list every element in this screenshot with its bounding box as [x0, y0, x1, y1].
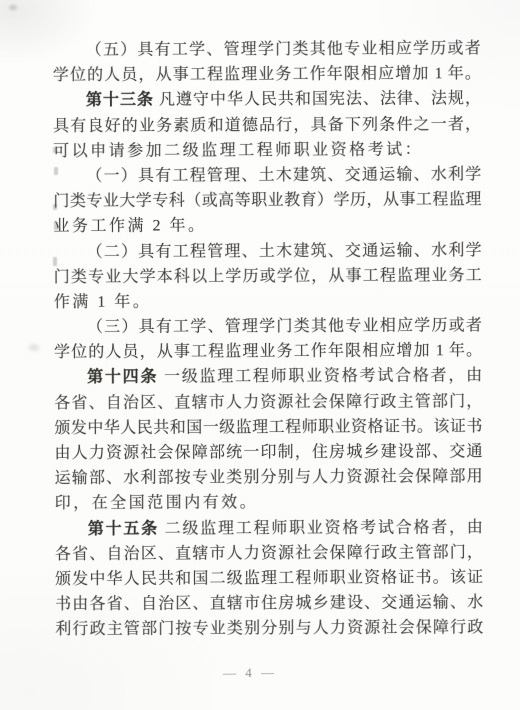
line-text: 由人力资源社会保障部统一印制，住房城乡建设部、交通	[54, 443, 482, 462]
scan-artifact	[7, 3, 19, 12]
line-lead: 第十四条	[87, 369, 158, 386]
line-text: 各省、自治区、直辖市人力资源社会保障行政主管部门，	[55, 544, 483, 563]
line-text: 运输部、水利部按专业类别分别与人力资源社会保障部用	[55, 468, 483, 487]
line-text: 颁发中华人民共和国二级监理工程师职业资格证书。该证	[55, 569, 483, 588]
line-text: 印，在全国范围内有效。	[55, 494, 259, 512]
text-line: 业务工作满 2 年。	[53, 212, 481, 239]
text-line: 具有良好的业务素质和道德品行，具备下列条件之一者，	[53, 112, 481, 139]
line-text: 书由各省、自治区、直辖市住房城乡建设、交通运输、水	[55, 594, 483, 613]
text-line: （二）具有工程管理、土木建筑、交通运输、水利学	[54, 238, 482, 265]
text-line: 门类专业大学本科以上学历或学位，从事工程监理业务工	[54, 263, 482, 290]
text-line: 颁发中华人民共和国一级监理工程师职业资格证书。该证书	[54, 414, 482, 441]
text-line: 运输部、水利部按专业类别分别与人力资源社会保障部用	[55, 464, 483, 491]
scanned-document-page: （五）具有工学、管理学门类其他专业相应学历或者学位的人员，从事工程监理业务工作年…	[0, 0, 520, 710]
text-line: 学位的人员，从事工程监理业务工作年限相应增加 1 年。	[54, 338, 482, 365]
line-text: 学位的人员，从事工程监理业务工作年限相应增加 1 年。	[53, 65, 481, 84]
line-text: （三）具有工学、管理学门类其他专业相应学历或者	[87, 317, 482, 336]
text-line: （三）具有工学、管理学门类其他专业相应学历或者	[54, 313, 482, 340]
text-line: 第十三条 凡遵守中华人民共和国宪法、法律、法规，	[53, 86, 481, 113]
line-text: 二级监理工程师职业资格考试合格者，由	[159, 519, 483, 537]
line-text: 具有良好的业务素质和道德品行，具备下列条件之一者，	[53, 116, 481, 135]
text-line: 由人力资源社会保障部统一印制，住房城乡建设部、交通	[54, 439, 482, 466]
line-lead: 第十五条	[88, 520, 159, 537]
page-number: — 4 —	[0, 662, 510, 683]
line-text: 一级监理工程师职业资格考试合格者，由	[158, 368, 482, 386]
text-line: 学位的人员，从事工程监理业务工作年限相应增加 1 年。	[53, 61, 481, 88]
text-line: （一）具有工程管理、土木建筑、交通运输、水利学	[53, 162, 481, 189]
text-line: 各省、自治区、直辖市人力资源社会保障行政主管部门，	[54, 389, 482, 416]
scan-artifact	[26, 342, 42, 353]
text-line: 各省、自治区、直辖市人力资源社会保障行政主管部门，	[55, 540, 483, 567]
text-line: 书由各省、自治区、直辖市住房城乡建设、交通运输、水	[55, 590, 483, 617]
text-line: 印，在全国范围内有效。	[55, 489, 483, 516]
text-line: 利行政主管部门按专业类别分别与人力资源社会保障行政	[55, 615, 483, 642]
text-line: 第十四条 一级监理工程师职业资格考试合格者，由	[54, 364, 482, 391]
text-block: （五）具有工学、管理学门类其他专业相应学历或者学位的人员，从事工程监理业务工作年…	[53, 36, 484, 642]
line-text: 学位的人员，从事工程监理业务工作年限相应增加 1 年。	[54, 342, 482, 361]
line-text: （一）具有工程管理、土木建筑、交通运输、水利学	[86, 166, 481, 185]
line-text: 门类专业大学专科（或高等职业教育）学历，从事工程监理	[53, 191, 481, 210]
line-text: 可以申请参加二级监理工程师职业资格考试：	[53, 141, 423, 160]
text-line: 门类专业大学专科（或高等职业教育）学历，从事工程监理	[53, 187, 481, 214]
line-text: （五）具有工学、管理学门类其他专业相应学历或者	[86, 40, 481, 59]
line-text: 各省、自治区、直辖市人力资源社会保障行政主管部门，	[54, 393, 482, 412]
line-text: 门类专业大学本科以上学历或学位，从事工程监理业务工	[54, 267, 482, 286]
line-text: （二）具有工程管理、土木建筑、交通运输、水利学	[87, 242, 482, 261]
line-text: 颁发中华人民共和国一级监理工程师职业资格证书。该证书	[54, 418, 482, 437]
line-text: 业务工作满 2 年。	[53, 218, 206, 236]
text-line: 颁发中华人民共和国二级监理工程师职业资格证书。该证	[55, 565, 483, 592]
line-text: 利行政主管部门按专业类别分别与人力资源社会保障行政	[55, 619, 483, 638]
line-text: 凡遵守中华人民共和国宪法、法律、法规，	[154, 90, 481, 108]
line-lead: 第十三条	[86, 92, 154, 109]
text-line: 第十五条 二级监理工程师职业资格考试合格者，由	[55, 515, 483, 542]
text-line: 可以申请参加二级监理工程师职业资格考试：	[53, 137, 481, 164]
text-line: 作满 1 年。	[54, 288, 482, 315]
text-line: （五）具有工学、管理学门类其他专业相应学历或者	[53, 36, 481, 63]
line-text: 作满 1 年。	[54, 293, 152, 310]
